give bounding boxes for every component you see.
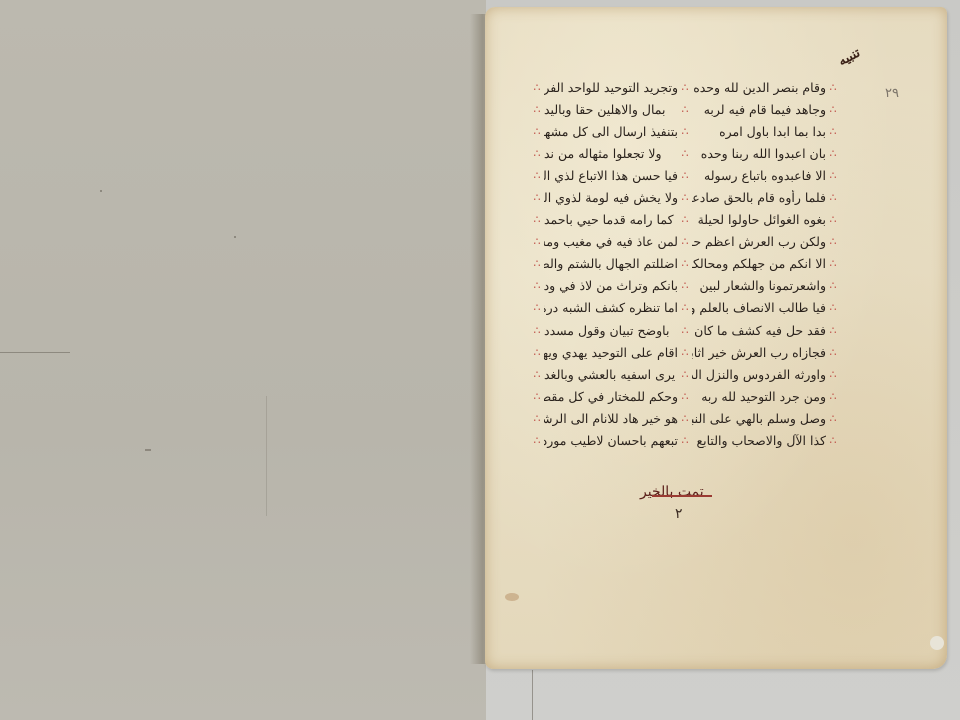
left-hemistich: كما رامه قدما حيي باحمد	[544, 212, 678, 227]
right-hemistich: فلما رأوه قام بالحق صادعا	[692, 190, 826, 205]
verse-marker-icon: ∴	[530, 434, 544, 447]
surface-scratch	[532, 670, 533, 720]
verse-marker-icon: ∴	[678, 169, 692, 182]
verse-marker-icon: ∴	[530, 257, 544, 270]
verse-marker-icon: ∴	[530, 147, 544, 160]
left-hemistich: اضللتم الجهال بالشتم والصد	[544, 256, 678, 271]
verse-marker-icon: ∴	[678, 412, 692, 425]
verse-marker-icon: ∴	[826, 169, 840, 182]
verse-marker-icon: ∴	[826, 125, 840, 138]
right-hemistich: واشعرتمونا والشعار لبين	[692, 278, 826, 293]
verse-marker-icon: ∴	[826, 235, 840, 248]
left-hemistich: فيا حسن هذا الاتباع لذي الرشد	[544, 168, 678, 183]
verse-marker-icon: ∴	[530, 169, 544, 182]
colophon: تمت بالخير	[640, 484, 704, 500]
verse-marker-icon: ∴	[826, 147, 840, 160]
right-hemistich: كذا الآل والاصحاب والتابع الذي	[692, 433, 826, 448]
verse-marker-icon: ∴	[530, 213, 544, 226]
verse-marker-icon: ∴	[826, 324, 840, 337]
verse-line: ∴فجازاه رب العرش خير اثابة∴اقام على التو…	[530, 341, 840, 363]
verse-line: ∴واورثه الفردوس والنزل الذي∴يرى اسفيه با…	[530, 363, 840, 385]
verse-marker-icon: ∴	[826, 346, 840, 359]
verse-marker-icon: ∴	[826, 434, 840, 447]
left-hemistich: وحكم للمختار في كل مقصد	[544, 389, 678, 404]
right-hemistich: ولكن رب العرش اعظم حارس	[692, 234, 826, 249]
verse-marker-icon: ∴	[530, 103, 544, 116]
verse-line: ∴فقد حل فيه كشف ما كان مشكل∴باوضح تبيان …	[530, 319, 840, 341]
left-hemistich: ولا يخش فيه لومة لذوي الجحد	[544, 190, 678, 205]
right-hemistich: وصل وسلم بالهي على النبي	[692, 411, 826, 426]
verse-line: ∴بان اعبدوا الله ربنا وحده∴ولا تجعلوا مث…	[530, 142, 840, 164]
verse-line: ∴الا انكم من جهلكم ومحالكم∴اضللتم الجهال…	[530, 253, 840, 275]
verse-line: ∴ولكن رب العرش اعظم حارس∴لمن عاذ فيه في …	[530, 231, 840, 253]
verse-line: ∴وقام بنصر الدين لله وحده∴وتجريد التوحيد…	[530, 76, 840, 98]
verse-marker-icon: ∴	[826, 81, 840, 94]
surface-scratch	[266, 396, 267, 516]
right-hemistich: فيا طالب الانصاف بالعلم والهدى	[692, 300, 826, 315]
left-hemistich: باوضح تبيان وقول مسدد	[544, 323, 678, 338]
verse-marker-icon: ∴	[678, 346, 692, 359]
verse-marker-icon: ∴	[826, 412, 840, 425]
verse-marker-icon: ∴	[678, 213, 692, 226]
verse-marker-icon: ∴	[678, 301, 692, 314]
verse-marker-icon: ∴	[678, 81, 692, 94]
verse-marker-icon: ∴	[530, 191, 544, 204]
right-hemistich: الا انكم من جهلكم ومحالكم	[692, 256, 826, 271]
left-hemistich: ولا تجعلوا مثهاله من ند	[544, 146, 678, 161]
verse-marker-icon: ∴	[678, 257, 692, 270]
verse-line: ∴وصل وسلم بالهي على النبي∴هو خير هاد للا…	[530, 407, 840, 429]
verse-line: ∴فلما رأوه قام بالحق صادعا∴ولا يخش فيه ل…	[530, 186, 840, 208]
verse-marker-icon: ∴	[678, 125, 692, 138]
left-hemistich: وتجريد التوحيد للواحد الفرد	[544, 80, 678, 95]
right-hemistich: فقد حل فيه كشف ما كان مشكل	[692, 323, 826, 338]
torn-corner	[930, 636, 944, 650]
verse-line: ∴فيا طالب الانصاف بالعلم والهدى∴اما تنظر…	[530, 297, 840, 319]
right-hemistich: بان اعبدوا الله ربنا وحده	[692, 146, 826, 161]
verse-marker-icon: ∴	[530, 412, 544, 425]
verse-marker-icon: ∴	[826, 301, 840, 314]
verse-marker-icon: ∴	[826, 257, 840, 270]
verse-line: ∴بدا بما ابدا باول امره∴بتنفيذ ارسال الى…	[530, 120, 840, 142]
right-hemistich: فجازاه رب العرش خير اثابة	[692, 345, 826, 360]
verse-marker-icon: ∴	[530, 81, 544, 94]
right-hemistich: واورثه الفردوس والنزل الذي	[692, 367, 826, 382]
verse-line: ∴بغوه الغوائل حاولوا لحيلة∴كما رامه قدما…	[530, 209, 840, 231]
right-hemistich: ومن جرد التوحيد لله ربه	[692, 389, 826, 404]
surface-speck	[234, 236, 236, 238]
verse-marker-icon: ∴	[530, 390, 544, 403]
left-hemistich: بمال والاهلين حقا وباليد	[544, 102, 678, 117]
verse-marker-icon: ∴	[678, 191, 692, 204]
left-hemistich: يرى اسفيه بالعشي وبالغد	[544, 367, 678, 382]
left-hemistich: بتنفيذ ارسال الى كل مشهد	[544, 124, 678, 139]
verse-marker-icon: ∴	[826, 390, 840, 403]
verse-line: ∴الا فاعبدوه باتباع رسوله∴فيا حسن هذا ال…	[530, 164, 840, 186]
grey-surface-left	[0, 0, 486, 720]
verse-marker-icon: ∴	[530, 279, 544, 292]
verse-marker-icon: ∴	[678, 324, 692, 337]
verse-marker-icon: ∴	[826, 103, 840, 116]
right-hemistich: الا فاعبدوه باتباع رسوله	[692, 168, 826, 183]
verse-marker-icon: ∴	[826, 368, 840, 381]
left-hemistich: هو خير هاد للانام الى الرشد	[544, 411, 678, 426]
colophon-underline	[652, 495, 712, 497]
right-hemistich: وقام بنصر الدين لله وحده	[692, 80, 826, 95]
verse-marker-icon: ∴	[678, 434, 692, 447]
verse-marker-icon: ∴	[826, 213, 840, 226]
verse-line: ∴كذا الآل والاصحاب والتابع الذي∴تبعهم با…	[530, 430, 840, 452]
left-hemistich: اقام على التوحيد يهدي ويهتدي	[544, 345, 678, 360]
surface-speck	[100, 190, 102, 192]
verse-block: ∴وقام بنصر الدين لله وحده∴وتجريد التوحيد…	[530, 76, 840, 452]
verse-marker-icon: ∴	[678, 368, 692, 381]
surface-scratch	[0, 352, 70, 353]
right-hemistich: بغوه الغوائل حاولوا لحيلة	[692, 212, 826, 227]
left-hemistich: لمن عاذ فيه في مغيب ومشهد	[544, 234, 678, 249]
left-hemistich: اما تنظره كشف الشبه درة العقد	[544, 300, 678, 315]
left-hemistich: تبعهم باحسان لاطيب مورد	[544, 433, 678, 448]
verse-marker-icon: ∴	[678, 103, 692, 116]
right-hemistich: وجاهد فيما قام فيه لربه	[692, 102, 826, 117]
verse-marker-icon: ∴	[678, 390, 692, 403]
left-hemistich: بانكم وتراث من لاذ في ود	[544, 278, 678, 293]
surface-speck	[145, 449, 151, 451]
right-hemistich: بدا بما ابدا باول امره	[692, 124, 826, 139]
verse-line: ∴وجاهد فيما قام فيه لربه∴بمال والاهلين ح…	[530, 98, 840, 120]
folio-number: ٢٩	[885, 86, 899, 101]
verse-line: ∴واشعرتمونا والشعار لبين∴بانكم وتراث من …	[530, 275, 840, 297]
verse-marker-icon: ∴	[826, 279, 840, 292]
bottom-mark: ٢	[675, 506, 683, 522]
verse-marker-icon: ∴	[530, 301, 544, 314]
foxing-stain	[505, 593, 519, 601]
verse-marker-icon: ∴	[826, 191, 840, 204]
verse-marker-icon: ∴	[530, 324, 544, 337]
verse-marker-icon: ∴	[678, 235, 692, 248]
verse-line: ∴ومن جرد التوحيد لله ربه∴وحكم للمختار في…	[530, 385, 840, 407]
verse-marker-icon: ∴	[678, 147, 692, 160]
verse-marker-icon: ∴	[530, 235, 544, 248]
verse-marker-icon: ∴	[678, 279, 692, 292]
verse-marker-icon: ∴	[530, 125, 544, 138]
verse-marker-icon: ∴	[530, 368, 544, 381]
verse-marker-icon: ∴	[530, 346, 544, 359]
